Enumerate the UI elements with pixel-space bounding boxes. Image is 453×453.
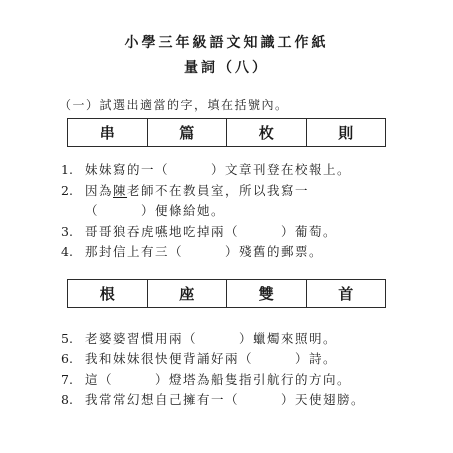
section-1-instruction: （一）試選出適當的字，填在括號內。	[59, 98, 453, 113]
question-text: 那封信上有三（ ）殘舊的郵票。	[85, 242, 413, 263]
word-bank-cell-chuan: 串	[68, 119, 148, 147]
page-title: 小學三年級語文知識工作紙	[0, 34, 453, 52]
question-text: 我常常幻想自己擁有一（ ）天使翅膀。	[85, 390, 413, 411]
question-text: 哥哥狼吞虎嚥地吃掉兩（ ）葡萄。	[85, 222, 413, 243]
question-text: 妹妹寫的一（ ）文章刊登在校報上。	[85, 160, 413, 181]
word-bank-table-2: 根 座 雙 首	[67, 279, 386, 308]
question-row-3: 3. 哥哥狼吞虎嚥地吃掉兩（ ）葡萄。	[61, 222, 413, 243]
question-number: 5.	[61, 329, 85, 350]
question-number: 8.	[61, 390, 85, 411]
underlined-teacher-name: 陳	[113, 183, 127, 198]
worksheet-header: 小學三年級語文知識工作紙 量詞（八）	[0, 0, 453, 77]
question-number: 4.	[61, 242, 85, 263]
question-list-2: 5. 老婆婆習慣用兩（ ）蠟燭來照明。 6. 我和妹妹很快便背誦好兩（ ）詩。 …	[61, 329, 413, 411]
question-text-post: 老師不在教員室，所以我寫一	[127, 183, 309, 198]
question-number: 2.	[61, 181, 85, 202]
question-text: 因為陳老師不在教員室，所以我寫一	[85, 181, 413, 202]
question-number: 6.	[61, 349, 85, 370]
word-bank-cell-shou: 首	[306, 279, 386, 307]
word-bank-row: 根 座 雙 首	[68, 279, 386, 307]
question-row-8: 8. 我常常幻想自己擁有一（ ）天使翅膀。	[61, 390, 413, 411]
question-row-5: 5. 老婆婆習慣用兩（ ）蠟燭來照明。	[61, 329, 413, 350]
question-number: 7.	[61, 370, 85, 391]
question-text-continuation: （ ）便條給她。	[85, 201, 413, 222]
question-text: 我和妹妹很快便背誦好兩（ ）詩。	[85, 349, 413, 370]
word-bank-cell-ze: 則	[306, 119, 386, 147]
word-bank-cell-shuang: 雙	[227, 279, 307, 307]
question-row-1: 1. 妹妹寫的一（ ）文章刊登在校報上。	[61, 160, 413, 181]
question-number: 1.	[61, 160, 85, 181]
question-row-2: 2. 因為陳老師不在教員室，所以我寫一	[61, 181, 413, 202]
question-text: 老婆婆習慣用兩（ ）蠟燭來照明。	[85, 329, 413, 350]
worksheet-page: 小學三年級語文知識工作紙 量詞（八） （一）試選出適當的字，填在括號內。 串 篇…	[0, 0, 453, 453]
question-row-6: 6. 我和妹妹很快便背誦好兩（ ）詩。	[61, 349, 413, 370]
word-bank-cell-mei: 枚	[227, 119, 307, 147]
question-row-2-line-2: （ ）便條給她。	[61, 201, 413, 222]
question-row-7: 7. 這（ ）燈塔為船隻指引航行的方向。	[61, 370, 413, 391]
word-bank-cell-gen: 根	[68, 279, 148, 307]
question-list-1: 1. 妹妹寫的一（ ）文章刊登在校報上。 2. 因為陳老師不在教員室，所以我寫一…	[61, 160, 413, 263]
word-bank-table-1: 串 篇 枚 則	[67, 118, 386, 147]
question-row-4: 4. 那封信上有三（ ）殘舊的郵票。	[61, 242, 413, 263]
question-text-pre: 因為	[85, 183, 113, 198]
word-bank-cell-pian: 篇	[147, 119, 227, 147]
word-bank-row: 串 篇 枚 則	[68, 119, 386, 147]
question-number: 3.	[61, 222, 85, 243]
worksheet-subtitle: 量詞（八）	[0, 59, 453, 77]
word-bank-cell-zuo: 座	[147, 279, 227, 307]
question-text: 這（ ）燈塔為船隻指引航行的方向。	[85, 370, 413, 391]
